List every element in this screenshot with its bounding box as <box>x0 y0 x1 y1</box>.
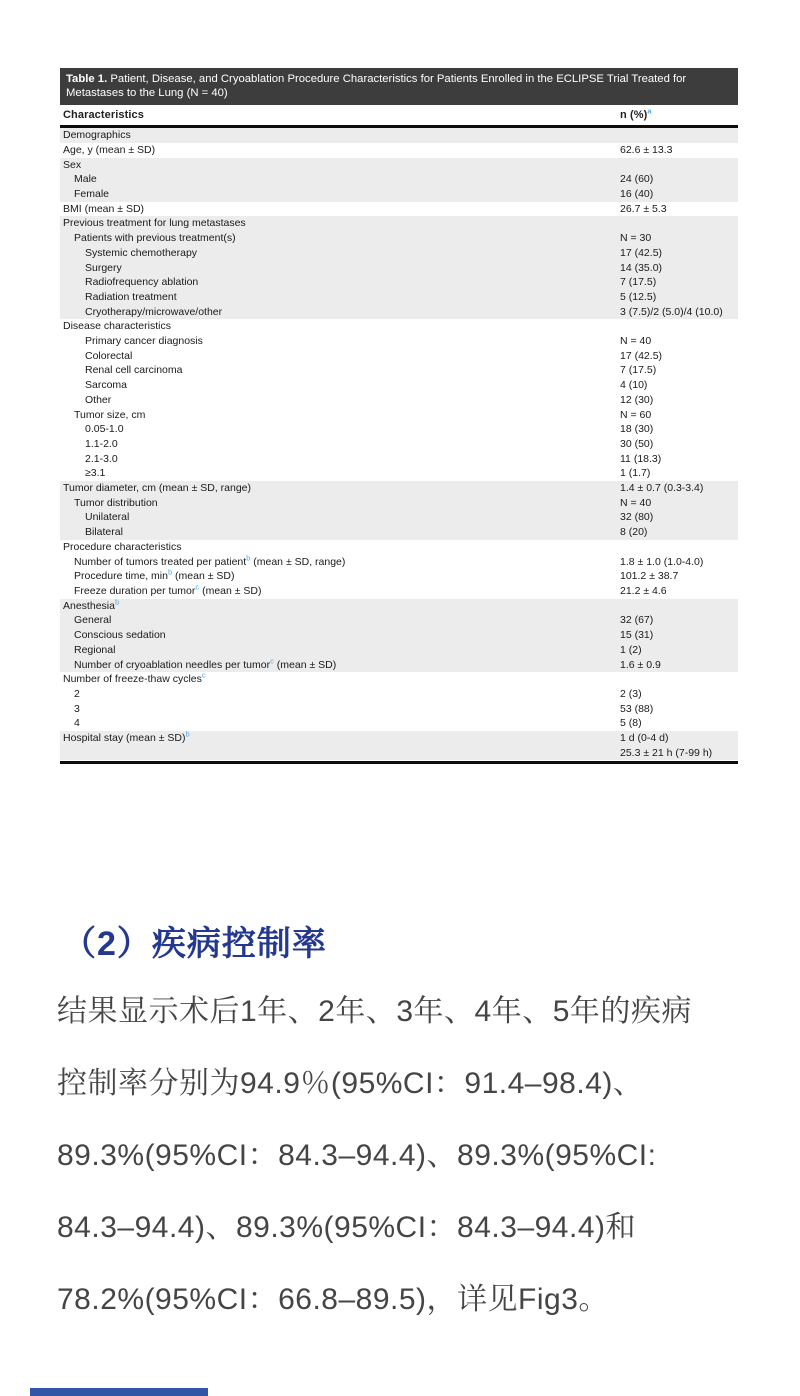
table-title-text: Patient, Disease, and Cryoablation Proce… <box>66 73 686 99</box>
row-label: Conscious sedation <box>60 628 620 643</box>
row-value: 101.2 ± 38.7 <box>620 569 738 584</box>
paragraph-line: 84.3–94.4)、89.3%(95%CI：84.3–94.4)和 <box>57 1192 763 1264</box>
paragraph-line: 控制率分别为94.9％(95%CI：91.4–98.4)、 <box>57 1048 763 1120</box>
row-label: Hospital stay (mean ± SD)b <box>60 731 620 760</box>
row-value <box>620 319 738 334</box>
row-label: General <box>60 613 620 628</box>
table-row: Tumor distributionN = 40 <box>60 496 738 511</box>
row-value: 1 d (0-4 d)25.3 ± 21 h (7-99 h) <box>620 731 738 760</box>
row-label: Procedure time, minb (mean ± SD) <box>60 569 620 584</box>
row-label: Freeze duration per tumorc (mean ± SD) <box>60 584 620 599</box>
row-label: 4 <box>60 716 620 731</box>
page: Table 1. Patient, Disease, and Cryoablat… <box>0 0 800 1396</box>
table-row: Bilateral8 (20) <box>60 525 738 540</box>
paragraph-line: 89.3%(95%CI：84.3–94.4)、89.3%(95%CI: <box>57 1120 763 1192</box>
footnote-marker: b <box>168 569 172 577</box>
row-label: Sarcoma <box>60 378 620 393</box>
row-label: Renal cell carcinoma <box>60 363 620 378</box>
table-body: DemographicsAge, y (mean ± SD)62.6 ± 13.… <box>60 128 738 764</box>
row-label: Anesthesiab <box>60 599 620 614</box>
n-percent-header: n (%)a <box>620 109 738 121</box>
row-value: 26.7 ± 5.3 <box>620 202 738 217</box>
table-row: BMI (mean ± SD)26.7 ± 5.3 <box>60 202 738 217</box>
row-label: Other <box>60 393 620 408</box>
row-label: Tumor diameter, cm (mean ± SD, range) <box>60 481 620 496</box>
table-column-header: Characteristics n (%)a <box>60 105 738 128</box>
row-value: N = 30 <box>620 231 738 246</box>
table-row: 45 (8) <box>60 716 738 731</box>
row-label: Previous treatment for lung metastases <box>60 216 620 231</box>
row-value: 16 (40) <box>620 187 738 202</box>
row-label: 3 <box>60 702 620 717</box>
row-label: Colorectal <box>60 349 620 364</box>
table-row: Disease characteristics <box>60 319 738 334</box>
row-value <box>620 216 738 231</box>
row-label: Procedure characteristics <box>60 540 620 555</box>
table-row: 0.05-1.018 (30) <box>60 422 738 437</box>
table-row: Number of freeze-thaw cyclesc <box>60 672 738 687</box>
row-value: N = 40 <box>620 334 738 349</box>
row-value: 1.6 ± 0.9 <box>620 658 738 673</box>
row-label: Radiation treatment <box>60 290 620 305</box>
row-label: Tumor size, cm <box>60 408 620 423</box>
row-label: BMI (mean ± SD) <box>60 202 620 217</box>
table-row: Procedure time, minb (mean ± SD)101.2 ± … <box>60 569 738 584</box>
table-row: Other12 (30) <box>60 393 738 408</box>
table-row: Sex <box>60 158 738 173</box>
footnote-a-marker: a <box>647 107 651 116</box>
table-row: Demographics <box>60 128 738 143</box>
table-row: Systemic chemotherapy17 (42.5) <box>60 246 738 261</box>
row-value: 5 (12.5) <box>620 290 738 305</box>
row-value: 7 (17.5) <box>620 275 738 290</box>
row-value: 18 (30) <box>620 422 738 437</box>
row-value: N = 60 <box>620 408 738 423</box>
row-value: 1 (1.7) <box>620 466 738 481</box>
table-row: Freeze duration per tumorc (mean ± SD)21… <box>60 584 738 599</box>
table-row: Radiofrequency ablation7 (17.5) <box>60 275 738 290</box>
footnote-marker: b <box>115 599 119 607</box>
table-row: Unilateral32 (80) <box>60 510 738 525</box>
row-label: Primary cancer diagnosis <box>60 334 620 349</box>
table-row: 2.1-3.011 (18.3) <box>60 452 738 467</box>
row-label: ≥3.1 <box>60 466 620 481</box>
table-row: Number of tumors treated per patientb (m… <box>60 555 738 570</box>
row-label: Female <box>60 187 620 202</box>
row-value: 4 (10) <box>620 378 738 393</box>
row-label: 1.1-2.0 <box>60 437 620 452</box>
table-row: Anesthesiab <box>60 599 738 614</box>
row-value <box>620 158 738 173</box>
footnote-marker: b <box>246 555 250 563</box>
table-row: Renal cell carcinoma7 (17.5) <box>60 363 738 378</box>
table-row: Age, y (mean ± SD)62.6 ± 13.3 <box>60 143 738 158</box>
row-value: 15 (31) <box>620 628 738 643</box>
footnote-marker: b <box>185 731 189 739</box>
row-value: 17 (42.5) <box>620 349 738 364</box>
footnote-marker: c <box>195 584 199 592</box>
row-label: Radiofrequency ablation <box>60 275 620 290</box>
table-row: Previous treatment for lung metastases <box>60 216 738 231</box>
row-value: 53 (88) <box>620 702 738 717</box>
row-value: 8 (20) <box>620 525 738 540</box>
table-title-bar: Table 1. Patient, Disease, and Cryoablat… <box>60 68 738 105</box>
paragraph-line: 结果显示术后1年、2年、3年、4年、5年的疾病 <box>57 976 763 1048</box>
table-row: Procedure characteristics <box>60 540 738 555</box>
row-label: Bilateral <box>60 525 620 540</box>
footnote-marker: c <box>202 672 206 680</box>
row-value: 30 (50) <box>620 437 738 452</box>
row-label: Regional <box>60 643 620 658</box>
table-row: Colorectal17 (42.5) <box>60 349 738 364</box>
table-row: Tumor size, cmN = 60 <box>60 408 738 423</box>
row-value: 5 (8) <box>620 716 738 731</box>
table-row: 353 (88) <box>60 702 738 717</box>
row-label: Age, y (mean ± SD) <box>60 143 620 158</box>
table-row: ≥3.11 (1.7) <box>60 466 738 481</box>
table-row: Sarcoma4 (10) <box>60 378 738 393</box>
table-row: Hospital stay (mean ± SD)b1 d (0-4 d)25.… <box>60 731 738 760</box>
row-label: Number of tumors treated per patientb (m… <box>60 555 620 570</box>
row-value: 1.4 ± 0.7 (0.3-3.4) <box>620 481 738 496</box>
table-row: 1.1-2.030 (50) <box>60 437 738 452</box>
table-row: Number of cryoablation needles per tumor… <box>60 658 738 673</box>
row-label: Number of cryoablation needles per tumor… <box>60 658 620 673</box>
row-value: 11 (18.3) <box>620 452 738 467</box>
row-value: 1.8 ± 1.0 (1.0-4.0) <box>620 555 738 570</box>
row-value <box>620 672 738 687</box>
row-value <box>620 128 738 143</box>
row-label: Unilateral <box>60 510 620 525</box>
row-label: 2.1-3.0 <box>60 452 620 467</box>
table-row: Tumor diameter, cm (mean ± SD, range)1.4… <box>60 481 738 496</box>
row-value: 12 (30) <box>620 393 738 408</box>
row-value: 2 (3) <box>620 687 738 702</box>
row-value <box>620 540 738 555</box>
row-label: Systemic chemotherapy <box>60 246 620 261</box>
characteristics-header: Characteristics <box>60 109 620 121</box>
paragraph: 结果显示术后1年、2年、3年、4年、5年的疾病控制率分别为94.9％(95%CI… <box>57 976 763 1336</box>
table-row: 22 (3) <box>60 687 738 702</box>
row-value: 7 (17.5) <box>620 363 738 378</box>
section-heading: （2）疾病控制率 <box>62 916 327 965</box>
row-value: 3 (7.5)/2 (5.0)/4 (10.0) <box>620 305 738 320</box>
row-value: 24 (60) <box>620 172 738 187</box>
table-title-label: Table 1. <box>66 73 107 85</box>
row-value: 62.6 ± 13.3 <box>620 143 738 158</box>
row-label: Male <box>60 172 620 187</box>
paragraph-line: 78.2%(95%CI：66.8–89.5)，详见Fig3。 <box>57 1264 763 1336</box>
row-label: Demographics <box>60 128 620 143</box>
row-label: Patients with previous treatment(s) <box>60 231 620 246</box>
table-row: Male24 (60) <box>60 172 738 187</box>
row-value: 1 (2) <box>620 643 738 658</box>
row-label: Disease characteristics <box>60 319 620 334</box>
row-value: 21.2 ± 4.6 <box>620 584 738 599</box>
row-label: Cryotherapy/microwave/other <box>60 305 620 320</box>
row-value: N = 40 <box>620 496 738 511</box>
row-label: Sex <box>60 158 620 173</box>
table-row: Radiation treatment5 (12.5) <box>60 290 738 305</box>
table-row: Patients with previous treatment(s)N = 3… <box>60 231 738 246</box>
row-value: 32 (67) <box>620 613 738 628</box>
row-label: Tumor distribution <box>60 496 620 511</box>
table-row: General32 (67) <box>60 613 738 628</box>
row-value: 32 (80) <box>620 510 738 525</box>
blue-divider-bar <box>30 1388 208 1396</box>
table1: Table 1. Patient, Disease, and Cryoablat… <box>60 68 738 764</box>
row-value <box>620 599 738 614</box>
table-row: Female16 (40) <box>60 187 738 202</box>
table-row: Surgery14 (35.0) <box>60 261 738 276</box>
row-label: 2 <box>60 687 620 702</box>
table-row: Conscious sedation15 (31) <box>60 628 738 643</box>
row-value: 14 (35.0) <box>620 261 738 276</box>
table-row: Primary cancer diagnosisN = 40 <box>60 334 738 349</box>
row-value: 17 (42.5) <box>620 246 738 261</box>
table-row: Cryotherapy/microwave/other3 (7.5)/2 (5.… <box>60 305 738 320</box>
row-label: Number of freeze-thaw cyclesc <box>60 672 620 687</box>
row-label: 0.05-1.0 <box>60 422 620 437</box>
table-row: Regional1 (2) <box>60 643 738 658</box>
footnote-marker: c <box>270 658 274 666</box>
row-label: Surgery <box>60 261 620 276</box>
